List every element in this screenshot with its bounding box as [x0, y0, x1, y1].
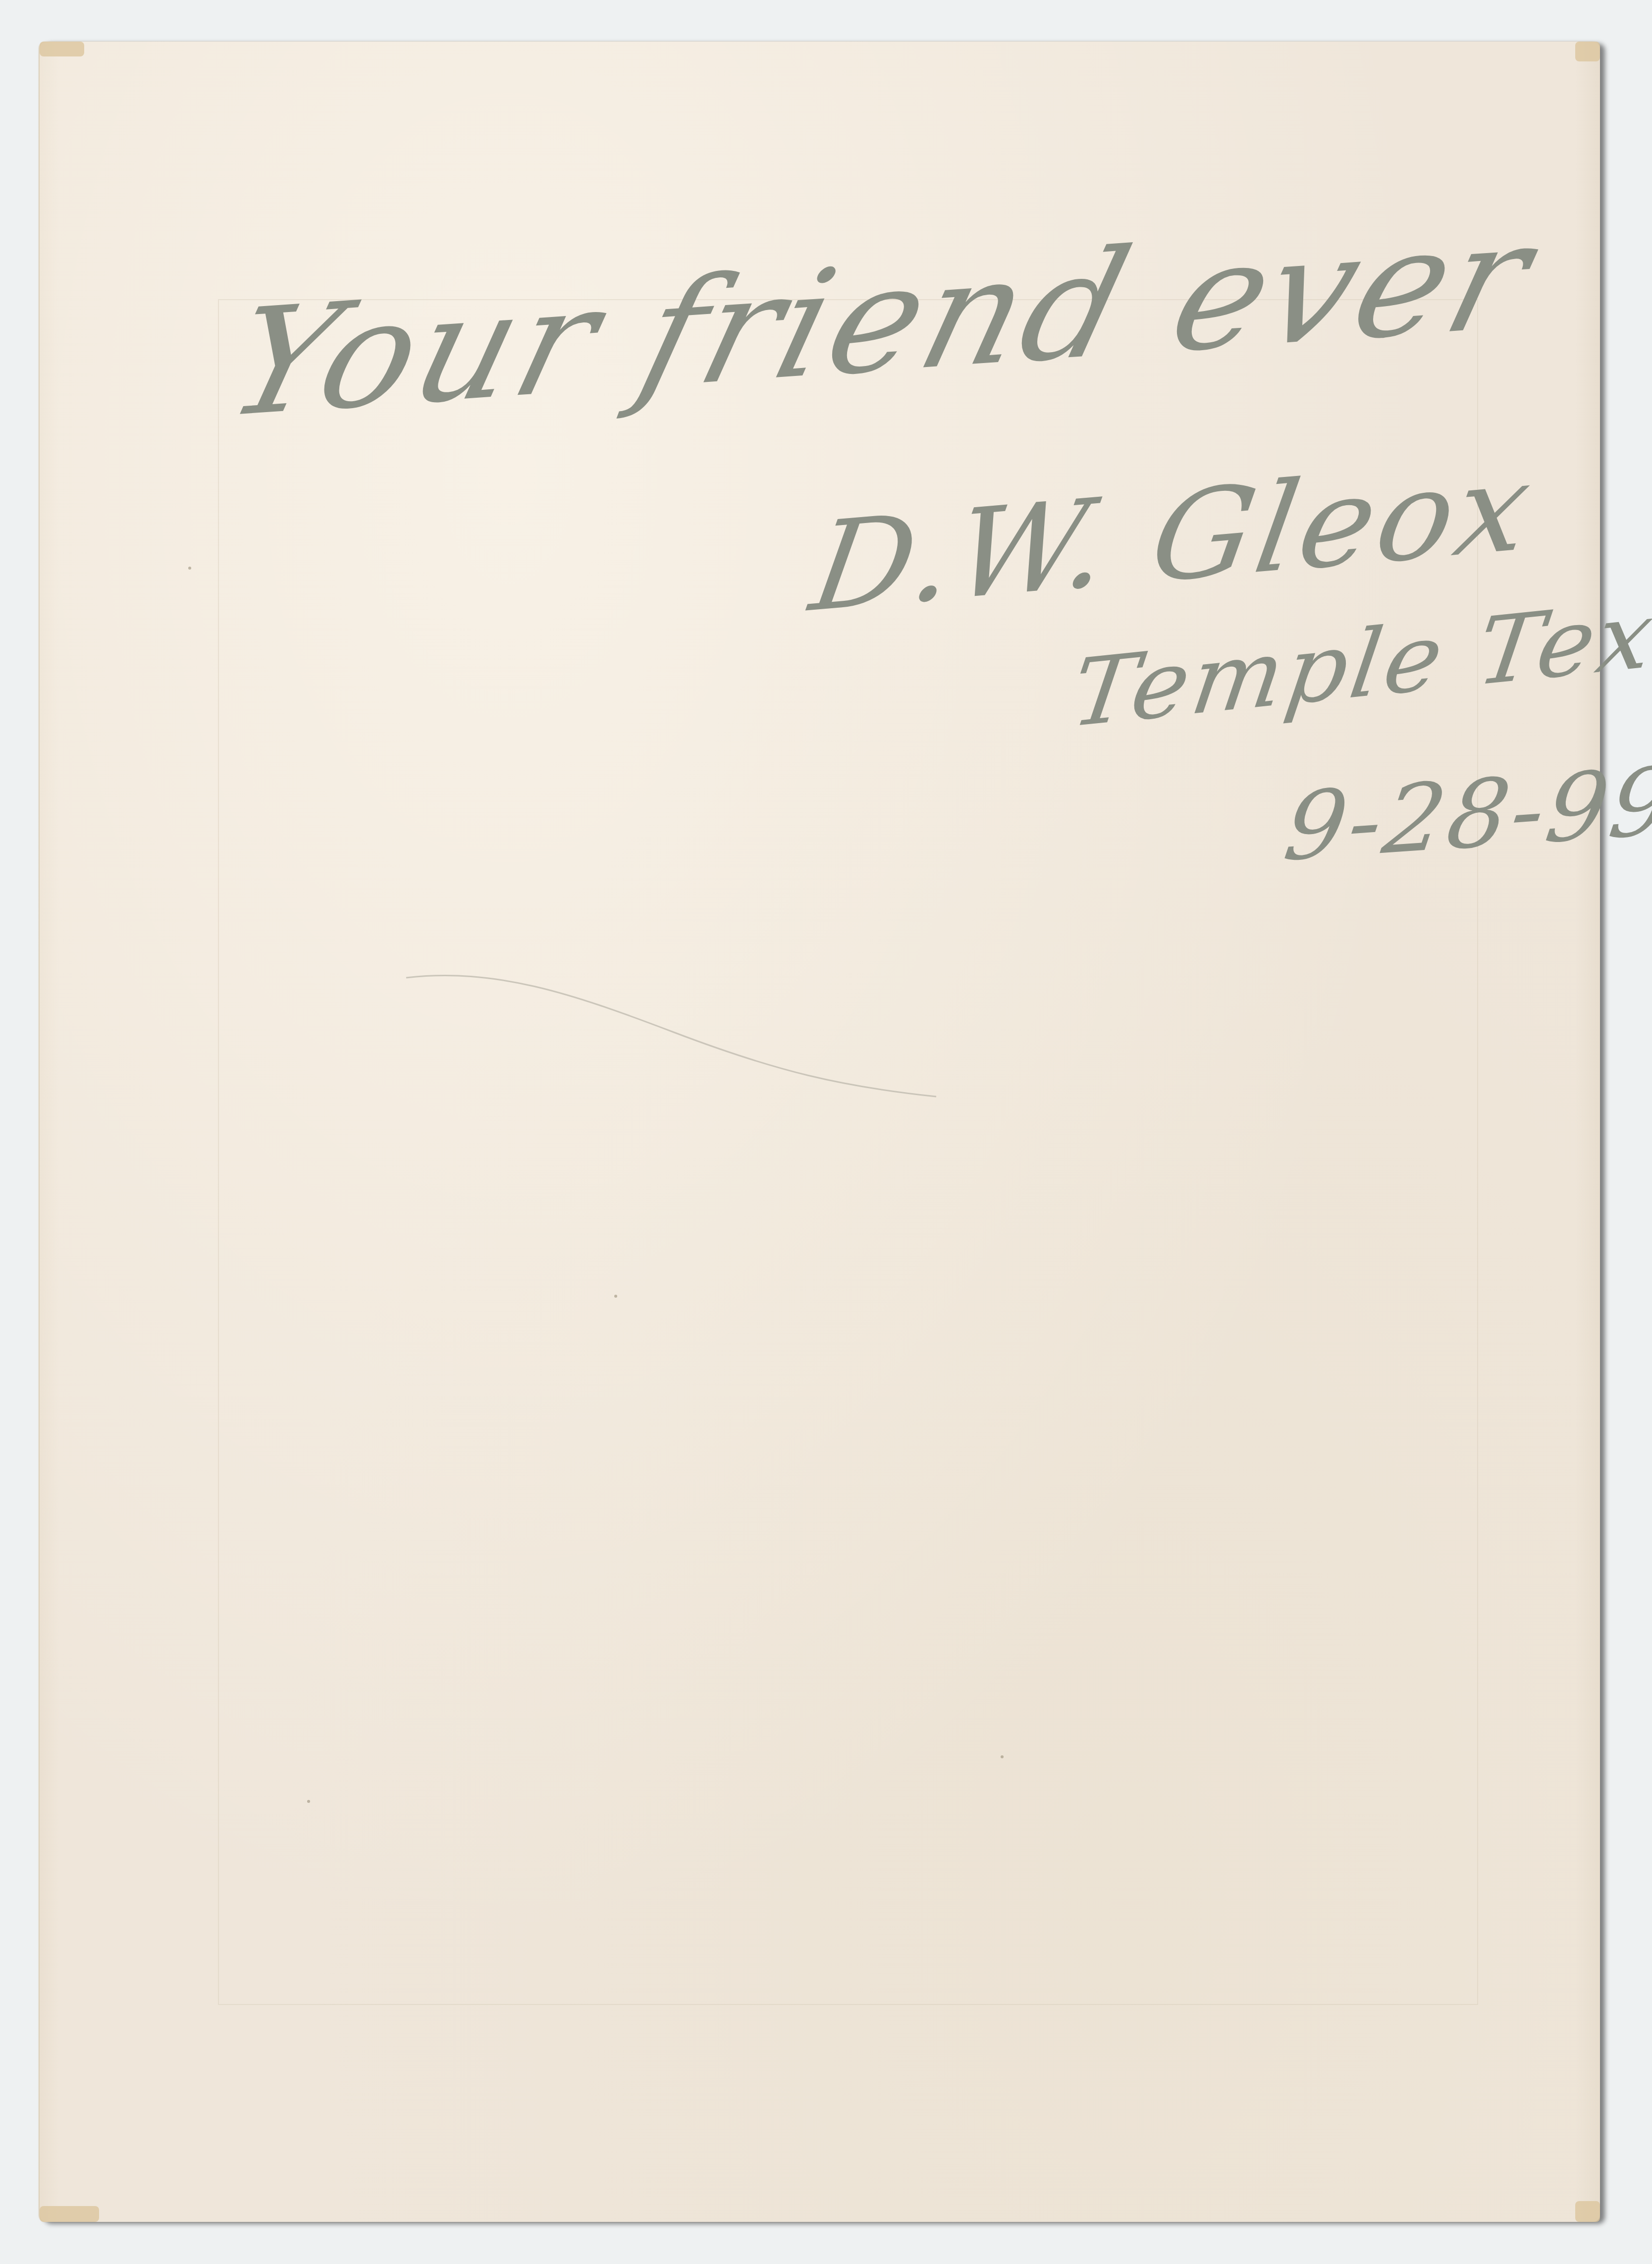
corner-wear-top-right	[1575, 42, 1600, 61]
paper-speck	[188, 567, 191, 570]
corner-wear-top-left	[40, 42, 84, 56]
paper-speck	[1001, 1755, 1004, 1758]
corner-wear-bottom-left	[40, 2206, 99, 2222]
corner-wear-bottom-right	[1575, 2201, 1600, 2222]
paper-speck	[614, 1295, 617, 1298]
pencil-scratch-mark	[396, 973, 941, 1102]
paper-speck	[307, 1800, 310, 1803]
